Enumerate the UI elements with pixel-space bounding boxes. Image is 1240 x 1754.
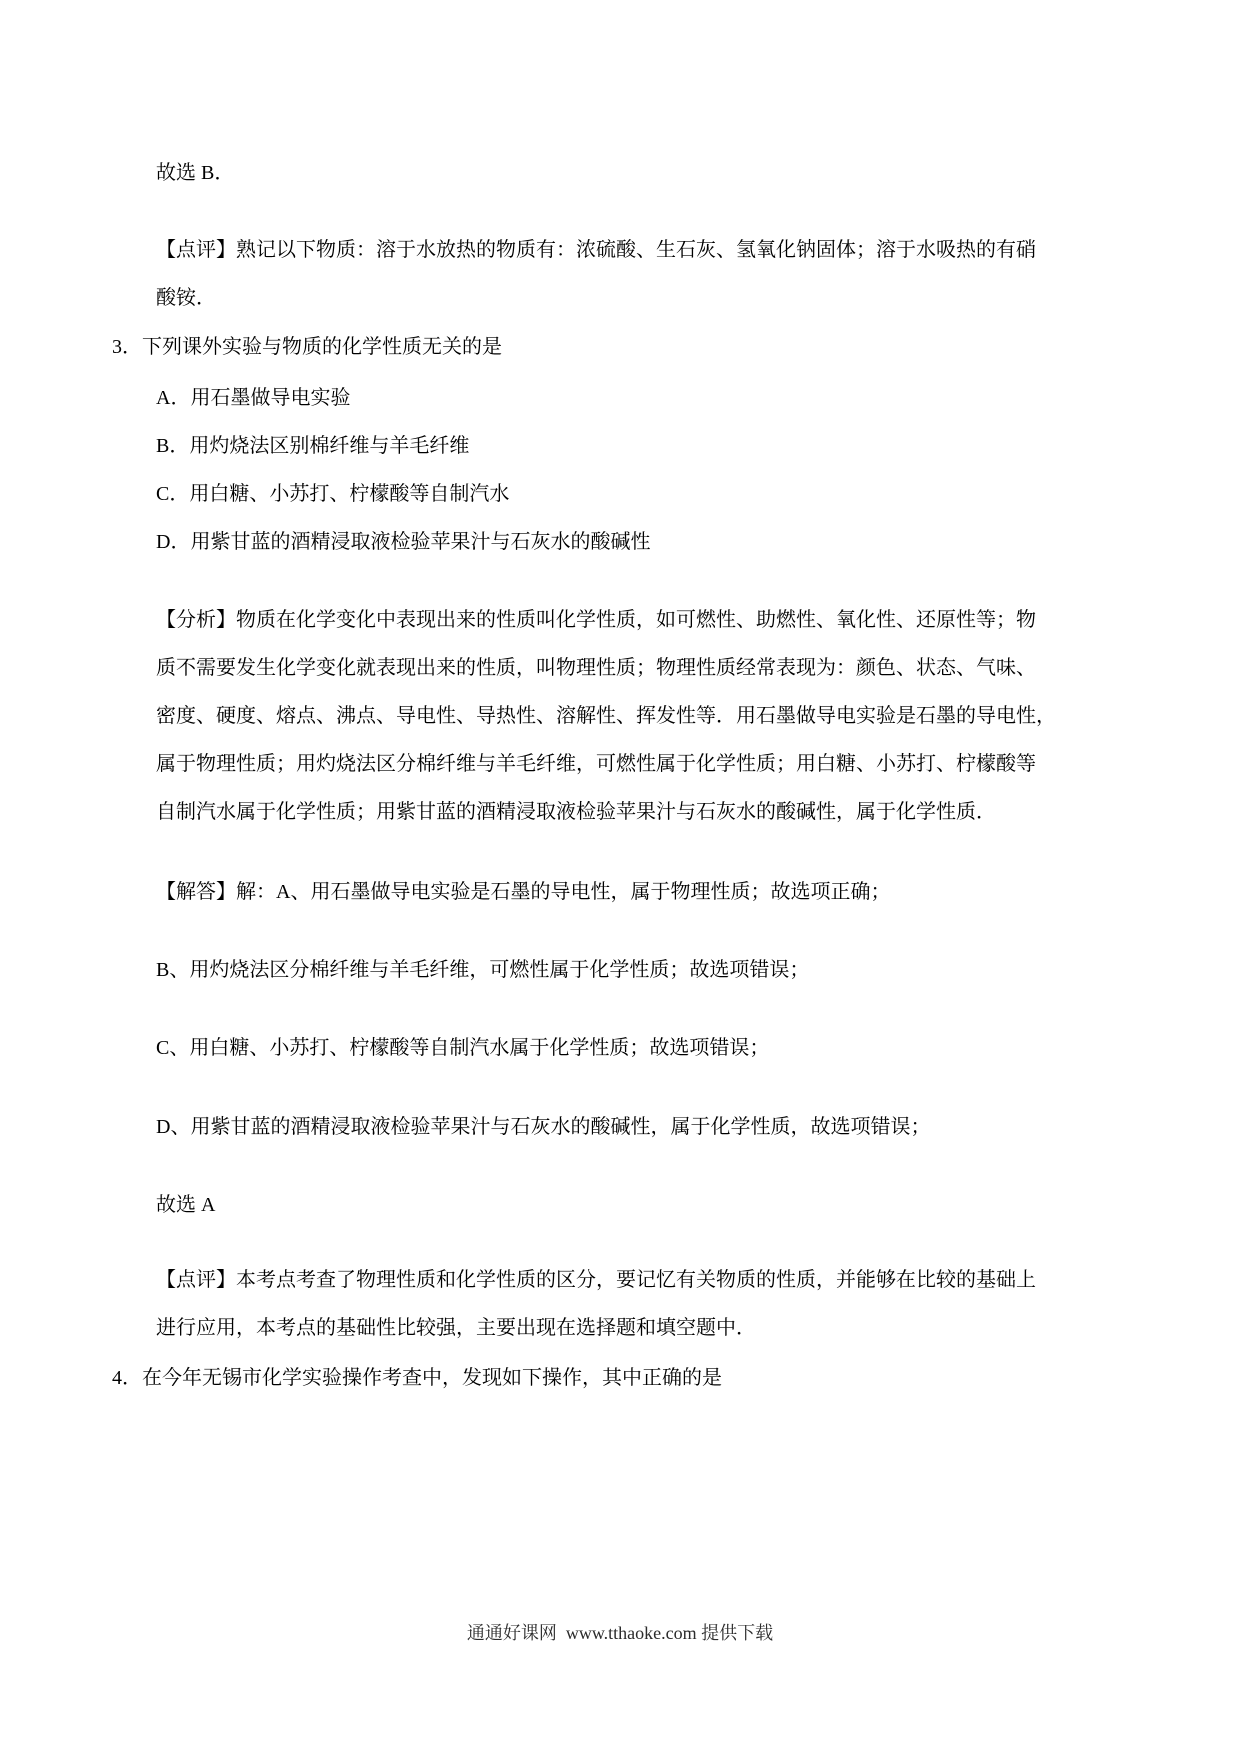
question3-stem: 3．下列课外实验与物质的化学性质无关的是: [112, 323, 1140, 371]
answer-q3-line-d: D、用紫甘蓝的酒精浸取液检验苹果汁与石灰水的酸碱性，属于化学性质，故选项错误；: [112, 1103, 1140, 1151]
answer-conclusion-q3: 故选 A: [112, 1181, 1140, 1229]
comment-block-q2: 【点评】熟记以下物质：溶于水放热的物质有：浓硫酸、生石灰、氢氧化钠固体；溶于水吸…: [112, 226, 1140, 322]
question3-option-d: D．用紫甘蓝的酒精浸取液检验苹果汁与石灰水的酸碱性: [112, 518, 1140, 566]
analysis-q3-line-2: 质不需要发生化学变化就表现出来的性质，叫物理性质；物理性质经常表现为：颜色、状态…: [112, 644, 1140, 692]
comment-q3-line-1: 【点评】本考点考查了物理性质和化学性质的区分，要记忆有关物质的性质，并能够在比较…: [112, 1256, 1140, 1304]
question3-options: A．用石墨做导电实验 B．用灼烧法区别棉纤维与羊毛纤维 C．用白糖、小苏打、柠檬…: [112, 374, 1140, 566]
comment-q2-line-2: 酸铵．: [112, 274, 1140, 322]
analysis-q3-line-3: 密度、硬度、熔点、沸点、导电性、导热性、溶解性、挥发性等．用石墨做导电实验是石墨…: [112, 692, 1140, 740]
question4-stem: 4．在今年无锡市化学实验操作考查中，发现如下操作，其中正确的是: [112, 1354, 1140, 1402]
comment-block-q3: 【点评】本考点考查了物理性质和化学性质的区分，要记忆有关物质的性质，并能够在比较…: [112, 1256, 1140, 1352]
question3-option-b: B．用灼烧法区别棉纤维与羊毛纤维: [112, 422, 1140, 470]
analysis-q3-line-4: 属于物理性质；用灼烧法区分棉纤维与羊毛纤维，可燃性属于化学性质；用白糖、小苏打、…: [112, 740, 1140, 788]
answer-conclusion-q2: 故选 B．: [112, 149, 1140, 197]
question3-option-c: C．用白糖、小苏打、柠檬酸等自制汽水: [112, 470, 1140, 518]
page-footer: 通通好课网 www.tthaoke.com 提供下载: [0, 1618, 1240, 1648]
comment-q2-line-1: 【点评】熟记以下物质：溶于水放热的物质有：浓硫酸、生石灰、氢氧化钠固体；溶于水吸…: [112, 226, 1140, 274]
answer-q3-line-a: 【解答】解：A、用石墨做导电实验是石墨的导电性，属于物理性质；故选项正确；: [112, 868, 1140, 916]
analysis-block-q3: 【分析】物质在化学变化中表现出来的性质叫化学性质，如可燃性、助燃性、氧化性、还原…: [112, 596, 1140, 836]
document-page: 故选 B． 【点评】熟记以下物质：溶于水放热的物质有：浓硫酸、生石灰、氢氧化钠固…: [0, 0, 1240, 1754]
analysis-q3-line-1: 【分析】物质在化学变化中表现出来的性质叫化学性质，如可燃性、助燃性、氧化性、还原…: [112, 596, 1140, 644]
answer-q3-line-c: C、用白糖、小苏打、柠檬酸等自制汽水属于化学性质；故选项错误；: [112, 1024, 1140, 1072]
document-content: 故选 B． 【点评】熟记以下物质：溶于水放热的物质有：浓硫酸、生石灰、氢氧化钠固…: [0, 0, 1240, 1402]
comment-q3-line-2: 进行应用，本考点的基础性比较强，主要出现在选择题和填空题中．: [112, 1304, 1140, 1352]
analysis-q3-line-5: 自制汽水属于化学性质；用紫甘蓝的酒精浸取液检验苹果汁与石灰水的酸碱性，属于化学性…: [112, 788, 1140, 836]
question3-option-a: A．用石墨做导电实验: [112, 374, 1140, 422]
answer-q3-line-b: B、用灼烧法区分棉纤维与羊毛纤维，可燃性属于化学性质；故选项错误；: [112, 946, 1140, 994]
